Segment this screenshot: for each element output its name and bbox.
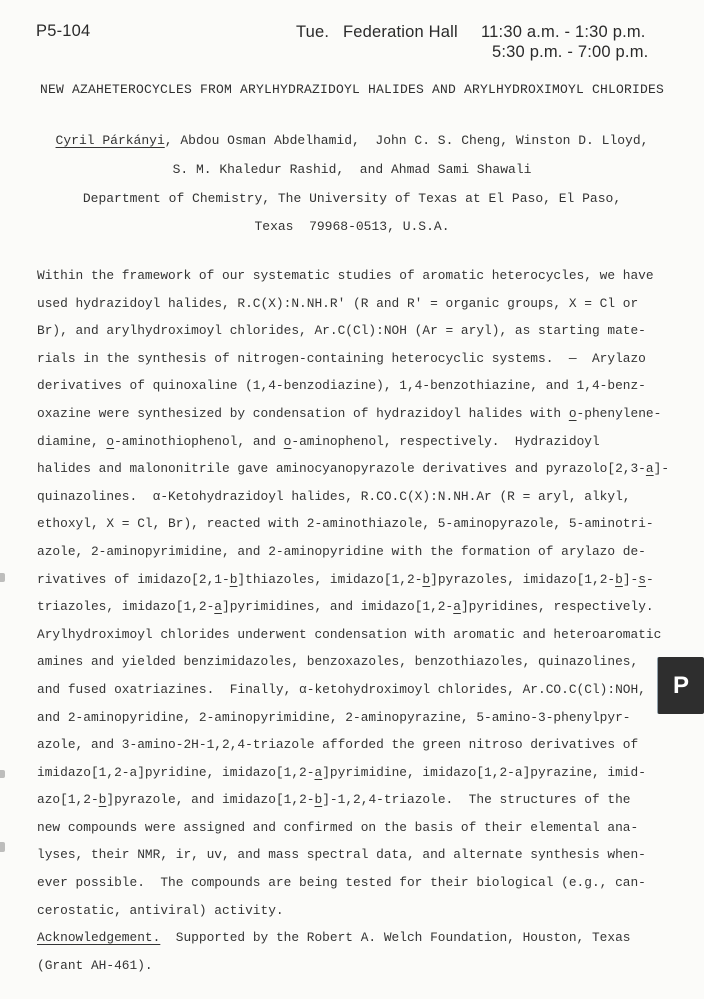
session-code: P5-104: [36, 22, 90, 41]
text-line: derivatives of quinoxaline (1,4-benzodia…: [37, 372, 687, 400]
session-time-2: 5:30 p.m. - 7:00 p.m.: [492, 43, 648, 62]
text-line: and 2-aminopyridine, 2-aminopyrimidine, …: [37, 704, 687, 732]
scanned-abstract-page: P5-104 Tue. Federation Hall 11:30 a.m. -…: [0, 0, 704, 999]
session-time-1: 11:30 a.m. - 1:30 p.m.: [481, 23, 646, 42]
text-line: Department of Chemistry, The University …: [0, 185, 704, 214]
text-line: Texas 79968-0513, U.S.A.: [0, 213, 704, 242]
text-line: new compounds were assigned and confirme…: [37, 814, 687, 842]
scan-artifact: [0, 770, 5, 778]
text-line: lyses, their NMR, ir, uv, and mass spect…: [37, 841, 687, 869]
scan-artifact: [0, 573, 5, 582]
text-line: ethoxyl, X = Cl, Br), reacted with 2-ami…: [37, 510, 687, 538]
text-line: Arylhydroximoyl chlorides underwent cond…: [37, 621, 687, 649]
text-line: used hydrazidoyl halides, R.C(X):N.NH.R'…: [37, 290, 687, 318]
abstract-body-block: Within the framework of our systematic s…: [37, 262, 687, 979]
text-line: (Grant AH-461).: [37, 952, 687, 980]
text-line: rivatives of imidazo[2,1-b]thiazoles, im…: [37, 566, 687, 594]
text-line: quinazolines. α-Ketohydrazidoyl halides,…: [37, 483, 687, 511]
text-line: Cyril Párkányi, Abdou Osman Abdelhamid, …: [0, 127, 704, 156]
section-tab: P: [657, 657, 704, 714]
text-line: cerostatic, antiviral) activity.: [37, 897, 687, 925]
text-line: ever possible. The compounds are being t…: [37, 869, 687, 897]
text-line: amines and yielded benzimidazoles, benzo…: [37, 648, 687, 676]
text-line: triazoles, imidazo[1,2-a]pyrimidines, an…: [37, 593, 687, 621]
text-line: azole, and 3-amino-2H-1,2,4-triazole aff…: [37, 731, 687, 759]
text-line: Acknowledgement. Supported by the Robert…: [37, 924, 687, 952]
text-line: oxazine were synthesized by condensation…: [37, 400, 687, 428]
text-line: imidazo[1,2-a]pyridine, imidazo[1,2-a]py…: [37, 759, 687, 787]
text-line: azo[1,2-b]pyrazole, and imidazo[1,2-b]-1…: [37, 786, 687, 814]
text-line: and fused oxatriazines. Finally, α-ketoh…: [37, 676, 687, 704]
text-line: Br), and arylhydroximoyl chlorides, Ar.C…: [37, 317, 687, 345]
text-line: rials in the synthesis of nitrogen-conta…: [37, 345, 687, 373]
session-venue: Federation Hall: [343, 23, 458, 42]
abstract-body: Within the framework of our systematic s…: [37, 262, 687, 924]
text-line: halides and malononitrile gave aminocyan…: [37, 455, 687, 483]
text-line: diamine, o-aminothiophenol, and o-aminop…: [37, 428, 687, 456]
scan-artifact: [0, 842, 5, 852]
text-line: S. M. Khaledur Rashid, and Ahmad Sami Sh…: [0, 156, 704, 185]
section-tab-label: P: [673, 672, 689, 700]
acknowledgement: Acknowledgement. Supported by the Robert…: [37, 924, 687, 979]
text-line: Within the framework of our systematic s…: [37, 262, 687, 290]
text-line: azole, 2-aminopyrimidine, and 2-aminopyr…: [37, 538, 687, 566]
session-day: Tue.: [296, 23, 329, 42]
abstract-title: NEW AZAHETEROCYCLES FROM ARYLHYDRAZIDOYL…: [0, 82, 704, 97]
authors-block: Cyril Párkányi, Abdou Osman Abdelhamid, …: [0, 127, 704, 242]
